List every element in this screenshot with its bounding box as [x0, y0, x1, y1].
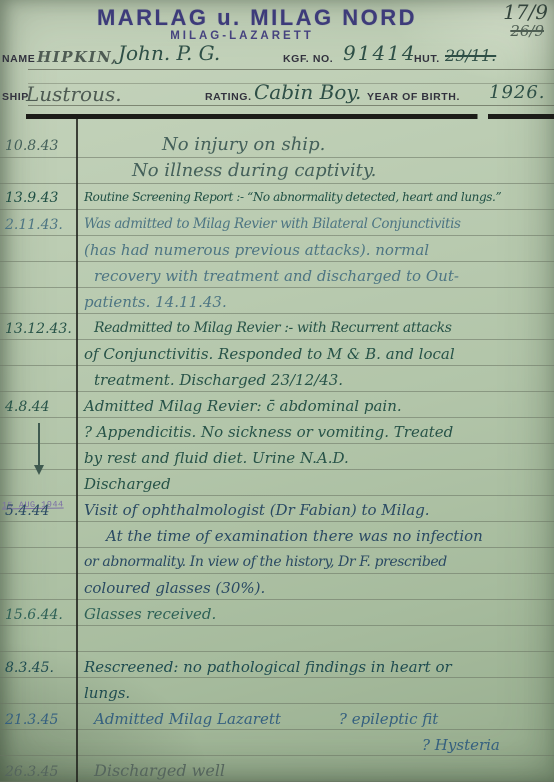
record-entry: 5.4.44 Visit of ophthalmologist (Dr Fabi…	[0, 497, 554, 601]
entry-text-line: Admitted Milag Revier: c̄ abdominal pain…	[84, 393, 550, 419]
camp-title: MARLAG u. MILAG NORD	[0, 5, 514, 31]
entry-text-line: Glasses received.	[84, 601, 550, 627]
entry-text-line: Admitted Milag Lazarett? epileptic fit	[84, 706, 550, 732]
birth-year-value: 1926.	[489, 82, 546, 103]
record-entry: 4.8.44 15 AUG 1944 Admitted Milag Revier…	[0, 393, 554, 497]
name-surname-value: HIPKIN,	[37, 48, 118, 66]
entry-text-line: lungs.	[84, 680, 550, 706]
entry-date: 15.6.44.	[5, 607, 63, 623]
record-entry: 2.11.43. Was admitted to Milag Revier wi…	[0, 211, 554, 315]
record-table: 10.8.43 No injury on ship. No illness du…	[0, 119, 554, 782]
entry-text-line: ? Hysteria	[84, 732, 550, 758]
rating-label: RATING.	[205, 91, 252, 103]
entry-date: 8.3.45.	[5, 660, 54, 676]
entry-text-line: Discharged	[84, 471, 550, 497]
entry-text-line: by rest and fluid diet. Urine N.A.D.	[84, 445, 550, 471]
record-entry: 13.12.43. Readmitted to Milag Revier :- …	[0, 315, 554, 393]
entry-text-line: At the time of examination there was no …	[84, 523, 550, 549]
kgf-number-value: 91414	[343, 41, 417, 65]
entry-text-line: (has had numerous previous attacks). nor…	[84, 237, 550, 263]
entry-date: 13.12.43.	[5, 321, 72, 337]
down-arrow-mark	[32, 423, 46, 483]
record-entry: 26.3.45 Discharged well	[0, 758, 554, 782]
entry-date: 4.8.44	[5, 399, 50, 415]
entry-text-line: patients. 14.11.43.	[84, 289, 550, 315]
card-header: 17/9 26/9 MARLAG u. MILAG NORD MILAG-LAZ…	[0, 0, 554, 114]
rating-value: Cabin Boy.	[254, 80, 361, 104]
entry-text-line: coloured glasses (30%).	[84, 575, 550, 601]
pow-medical-record-card: 17/9 26/9 MARLAG u. MILAG NORD MILAG-LAZ…	[0, 0, 554, 782]
entry-text-line: recovery with treatment and discharged t…	[84, 263, 550, 289]
birth-year-label: YEAR OF BIRTH.	[367, 91, 460, 103]
entry-text-line: Routine Screening Report :- “No abnormal…	[84, 184, 550, 210]
entry-text-line: Was admitted to Milag Revier with Bilate…	[84, 211, 550, 237]
name-row-rule	[28, 69, 554, 70]
ship-row-rule	[28, 105, 554, 106]
name-label: NAME	[2, 53, 35, 65]
record-entry: 13.9.43 Routine Screening Report :- “No …	[0, 184, 554, 211]
entry-text-line: Readmitted to Milag Revier :- with Recur…	[84, 315, 550, 341]
kgf-number-label: KGF. NO.	[283, 53, 333, 65]
entry-date: 5.4.44	[5, 503, 50, 519]
record-entry: 21.3.45 Admitted Milag Lazarett? epilept…	[0, 706, 554, 758]
entry-text-line: Discharged well	[84, 758, 550, 782]
name-given-value: John. P. G.	[118, 41, 220, 65]
entry-text-segment: Admitted Milag Lazarett	[94, 710, 281, 728]
ship-label: SHIP	[2, 91, 29, 103]
ship-value: Lustrous.	[26, 82, 122, 106]
entry-text-line: treatment. Discharged 23/12/43.	[84, 367, 550, 393]
hut-value-struck: 29/11.	[445, 46, 496, 65]
hut-label: HUT.	[414, 53, 440, 65]
blank-ruled-row	[0, 628, 554, 654]
entry-text-line: ? Appendicitis. No sickness or vomiting.…	[84, 419, 550, 445]
entry-text-segment: ? Hysteria	[422, 736, 500, 754]
record-entry: 10.8.43 No injury on ship. No illness du…	[0, 132, 554, 184]
entry-text-line: or abnormality. In view of the history, …	[84, 549, 550, 575]
entry-text-line: No injury on ship.	[84, 132, 550, 158]
record-entry: 15.6.44. Glasses received.	[0, 601, 554, 628]
entry-date: 21.3.45	[5, 712, 58, 728]
entry-text-line: Visit of ophthalmologist (Dr Fabian) to …	[84, 497, 550, 523]
record-entry: 8.3.45. Rescreened: no pathological find…	[0, 654, 554, 706]
entry-text-line: No illness during captivity.	[84, 158, 550, 184]
entry-date: 13.9.43	[5, 190, 58, 206]
entry-text-line: Rescreened: no pathological findings in …	[84, 654, 550, 680]
record-rows: 10.8.43 No injury on ship. No illness du…	[0, 132, 554, 782]
entry-text-line: of Conjunctivitis. Responded to M & B. a…	[84, 341, 550, 367]
entry-date: 10.8.43	[5, 138, 58, 154]
date-column-divider	[76, 119, 78, 782]
entry-date: 26.3.45	[5, 764, 58, 780]
entry-text-segment: ? epileptic fit	[339, 710, 438, 728]
entry-date: 2.11.43.	[5, 217, 63, 233]
